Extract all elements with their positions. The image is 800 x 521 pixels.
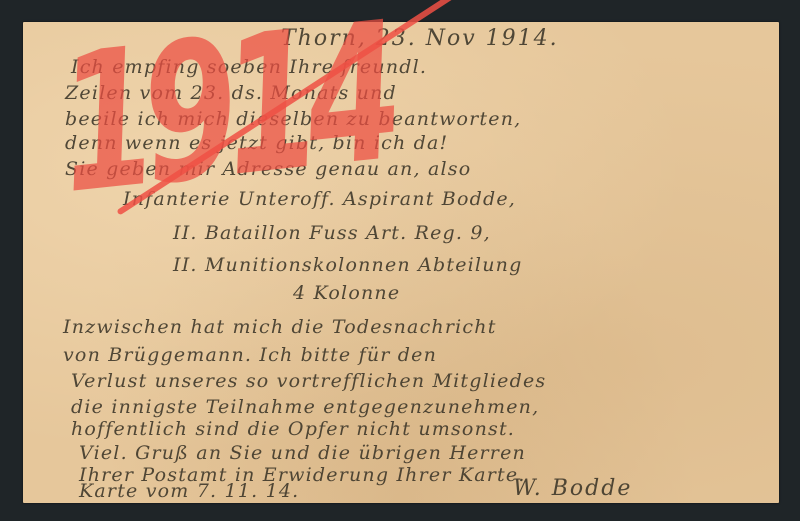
address-line-3: II. Munitionskolonnen Abteilung (173, 254, 522, 276)
place-date-line: Thorn, 23. Nov 1914. (281, 26, 559, 51)
text-line-1: Ich empfing soeben Ihre freundl. (71, 56, 427, 78)
date-line: Karte vom 7. 11. 14. (79, 480, 299, 502)
postcard: Thorn, 23. Nov 1914. Ich empfing soeben … (23, 22, 779, 503)
text-line-6: Inzwischen hat mich die Todesnachricht (63, 316, 497, 338)
text-line-3: beeile ich mich dieselben zu beantworten… (65, 108, 521, 130)
text-line-10: hoffentlich sind die Opfer nicht umsonst… (71, 418, 515, 440)
text-line-4: denn wenn es jetzt gibt, bin ich da! (65, 132, 448, 154)
address-line-1: Infanterie Unteroff. Aspirant Bodde, (123, 188, 516, 210)
text-line-7: von Brüggemann. Ich bitte für den (63, 344, 437, 366)
text-line-9: die innigste Teilnahme entgegenzunehmen, (71, 396, 539, 418)
text-line-2: Zeilen vom 23. ds. Monats und (65, 82, 397, 104)
text-line-5: Sie geben mir Adresse genau an, also (65, 158, 471, 180)
address-line-2: II. Bataillon Fuss Art. Reg. 9, (173, 222, 491, 244)
address-line-4: 4 Kolonne (293, 282, 400, 304)
signature: W. Bodde (513, 476, 632, 501)
text-line-8: Verlust unseres so vortrefflichen Mitgli… (71, 370, 546, 392)
text-line-11: Viel. Gruß an Sie und die übrigen Herren (79, 442, 526, 464)
